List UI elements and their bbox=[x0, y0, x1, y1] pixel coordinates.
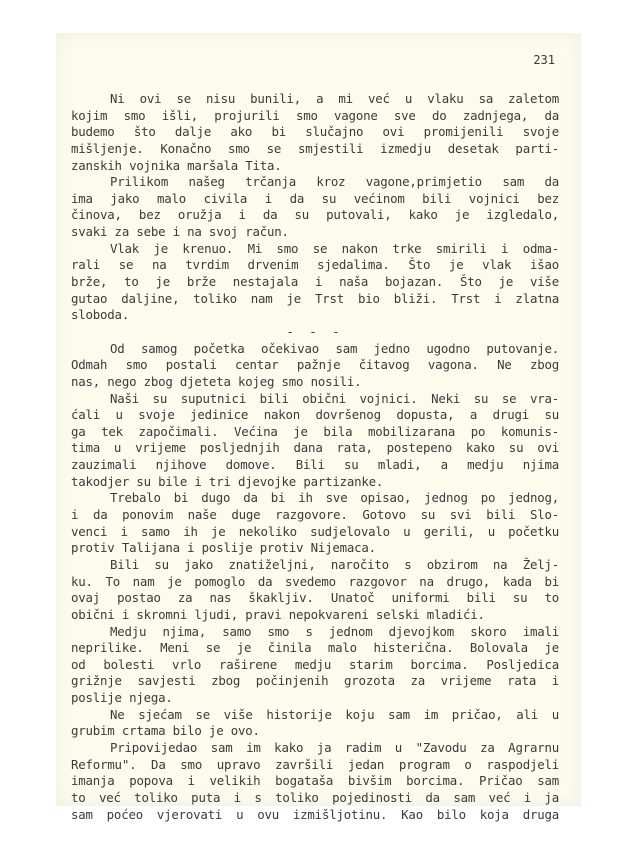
text-line: sam poćeo vjerovati u ovu izmišljotinu. … bbox=[71, 807, 559, 824]
text-line: Medju njima, samo smo s jednom djevojkom… bbox=[71, 624, 559, 641]
text-line-content: sam poćeo vjerovati u ovu izmišljotinu. … bbox=[71, 807, 559, 824]
text-line: Trebalo bi dugo da bi ih sve opisao, jed… bbox=[71, 490, 559, 507]
text-line-content: ima jako malo civila i da su većinom bil… bbox=[71, 191, 559, 208]
page-body-text: Ni ovi se nisu bunili, a mi već u vlaku … bbox=[71, 91, 559, 823]
text-line-content: Prilikom našeg trčanja kroz vagone,primj… bbox=[110, 174, 559, 191]
page-number: 231 bbox=[533, 53, 555, 67]
text-line-content: budemo što dalje ako bi slučajno ovi pro… bbox=[71, 124, 559, 141]
text-line-content: kojim smo išli, projurili smo vagone sve… bbox=[71, 108, 559, 125]
text-line: neprilike. Meni se je činila malo hister… bbox=[71, 640, 559, 657]
text-line: grubim crtama bilo je ovo. bbox=[71, 723, 559, 740]
text-line: Pripovijedao sam im kako ja radim u "Zav… bbox=[71, 740, 559, 757]
text-line: Odmah smo postali centar pažnje čitavog … bbox=[71, 357, 559, 374]
text-line: Ne sjećam se više historije koju sam im … bbox=[71, 707, 559, 724]
text-line: svaki za sebe i na svoj račun. bbox=[71, 224, 559, 241]
text-line-content: mišljenje. Konačno smo se smjestili izme… bbox=[71, 141, 559, 158]
text-line: imanja popova i velikih bogataša bivšim … bbox=[71, 773, 559, 790]
text-line: ima jako malo civila i da su većinom bil… bbox=[71, 191, 559, 208]
text-line-content: protiv Talijana i poslije protiv Nijemac… bbox=[71, 540, 559, 557]
text-line: mišljenje. Konačno smo se smjestili izme… bbox=[71, 141, 559, 158]
text-line: ovaj postao za nas škakljiv. Unatoč unif… bbox=[71, 590, 559, 607]
text-line-content: Naši su suputnici bili obični vojnici. N… bbox=[110, 391, 559, 408]
text-line-content: i da ponovim naše duge razgovore. Gotovo… bbox=[71, 507, 559, 524]
text-line-content: Medju njima, samo smo s jednom djevojkom… bbox=[110, 624, 559, 641]
text-line-content: Odmah smo postali centar pažnje čitavog … bbox=[71, 357, 559, 374]
text-line: Reformu". Da smo upravo završili jedan p… bbox=[71, 757, 559, 774]
text-line-content: ku. To nam je pomoglo da svedemo razgovo… bbox=[71, 574, 559, 591]
text-line-content: imanja popova i velikih bogataša bivšim … bbox=[71, 773, 559, 790]
text-line-content: to već toliko puta i s toliko pojedinost… bbox=[71, 790, 559, 807]
text-line-content: zauzimali njihove domove. Bili su mladi,… bbox=[71, 457, 559, 474]
text-line: Naši su suputnici bili obični vojnici. N… bbox=[71, 391, 559, 408]
text-line: Vlak je krenuo. Mi smo se nakon trke smi… bbox=[71, 241, 559, 258]
text-line: budemo što dalje ako bi slučajno ovi pro… bbox=[71, 124, 559, 141]
text-line-content: obični i skromni ljudi, pravi nepokvaren… bbox=[71, 607, 559, 624]
text-line-content: činova, bez oružja i da su putovali, kak… bbox=[71, 207, 559, 224]
text-line: činova, bez oružja i da su putovali, kak… bbox=[71, 207, 559, 224]
text-line: Ni ovi se nisu bunili, a mi već u vlaku … bbox=[71, 91, 559, 108]
text-line-content: Ni ovi se nisu bunili, a mi već u vlaku … bbox=[110, 91, 559, 108]
text-line-content: svaki za sebe i na svoj račun. bbox=[71, 224, 559, 241]
text-line-content: sloboda. bbox=[71, 307, 559, 324]
text-line-content: Ne sjećam se više historije koju sam im … bbox=[110, 707, 559, 724]
text-line-content: nas, nego zbog djeteta kojeg smo nosili. bbox=[71, 374, 559, 391]
text-line: gutao daljine, toliko nam je Trst bio bl… bbox=[71, 291, 559, 308]
text-line: tima u vrijeme posljednjih dana rata, po… bbox=[71, 440, 559, 457]
text-line-content: venci i samo ih je nekoliko sudjelovalo … bbox=[71, 524, 559, 541]
text-line-content: poslije njega. bbox=[71, 690, 559, 707]
text-line-content: tima u vrijeme posljednjih dana rata, po… bbox=[71, 440, 559, 457]
text-line-content: takodjer su bile i tri djevojke partizan… bbox=[71, 474, 559, 491]
text-line: sloboda. bbox=[71, 307, 559, 324]
text-line-content: ćali u svoje jedinice nakon dovršenog do… bbox=[71, 407, 559, 424]
text-line-content: zanskih vojnika maršala Tita. bbox=[71, 158, 559, 175]
text-line: takodjer su bile i tri djevojke partizan… bbox=[71, 474, 559, 491]
text-line-content: od bolesti vrlo raširene medju starim bo… bbox=[71, 657, 559, 674]
text-line: venci i samo ih je nekoliko sudjelovalo … bbox=[71, 524, 559, 541]
text-line: ku. To nam je pomoglo da svedemo razgovo… bbox=[71, 574, 559, 591]
text-line: ga tek započimali. Većina je bila mobili… bbox=[71, 424, 559, 441]
text-line: grižnje savjesti zbog počinjenih grozota… bbox=[71, 673, 559, 690]
section-divider: - - - bbox=[71, 324, 559, 341]
text-line: rali se na tvrdim drvenim sjedalima. Što… bbox=[71, 257, 559, 274]
text-line: Prilikom našeg trčanja kroz vagone,primj… bbox=[71, 174, 559, 191]
text-line: zanskih vojnika maršala Tita. bbox=[71, 158, 559, 175]
text-line-content: Reformu". Da smo upravo završili jedan p… bbox=[71, 757, 559, 774]
text-line: kojim smo išli, projurili smo vagone sve… bbox=[71, 108, 559, 125]
text-line-content: rali se na tvrdim drvenim sjedalima. Što… bbox=[71, 257, 559, 274]
text-line-content: Vlak je krenuo. Mi smo se nakon trke smi… bbox=[110, 241, 559, 258]
text-line: nas, nego zbog djeteta kojeg smo nosili. bbox=[71, 374, 559, 391]
text-line: Bili su jako znatiželjni, naročito s obz… bbox=[71, 557, 559, 574]
text-line-content: ga tek započimali. Većina je bila mobili… bbox=[71, 424, 559, 441]
text-line-content: Od samog početka očekivao sam jedno ugod… bbox=[110, 341, 559, 358]
text-line: obični i skromni ljudi, pravi nepokvaren… bbox=[71, 607, 559, 624]
text-line-content: neprilike. Meni se je činila malo hister… bbox=[71, 640, 559, 657]
text-line-content: - - - bbox=[71, 324, 559, 341]
text-line-content: grubim crtama bilo je ovo. bbox=[71, 723, 559, 740]
text-line: od bolesti vrlo raširene medju starim bo… bbox=[71, 657, 559, 674]
text-line-content: brže, to je brže nestajala i naša bojaza… bbox=[71, 274, 559, 291]
text-line-content: Trebalo bi dugo da bi ih sve opisao, jed… bbox=[110, 490, 559, 507]
book-page: 231 Ni ovi se nisu bunili, a mi već u vl… bbox=[56, 33, 581, 806]
text-line: poslije njega. bbox=[71, 690, 559, 707]
text-line: i da ponovim naše duge razgovore. Gotovo… bbox=[71, 507, 559, 524]
text-line: Od samog početka očekivao sam jedno ugod… bbox=[71, 341, 559, 358]
text-line: to već toliko puta i s toliko pojedinost… bbox=[71, 790, 559, 807]
text-line-content: ovaj postao za nas škakljiv. Unatoč unif… bbox=[71, 590, 559, 607]
text-line-content: Pripovijedao sam im kako ja radim u "Zav… bbox=[110, 740, 559, 757]
text-line: protiv Talijana i poslije protiv Nijemac… bbox=[71, 540, 559, 557]
text-line: ćali u svoje jedinice nakon dovršenog do… bbox=[71, 407, 559, 424]
text-line-content: grižnje savjesti zbog počinjenih grozota… bbox=[71, 673, 559, 690]
text-line-content: gutao daljine, toliko nam je Trst bio bl… bbox=[71, 291, 559, 308]
text-line: zauzimali njihove domove. Bili su mladi,… bbox=[71, 457, 559, 474]
text-line-content: Bili su jako znatiželjni, naročito s obz… bbox=[110, 557, 559, 574]
text-line: brže, to je brže nestajala i naša bojaza… bbox=[71, 274, 559, 291]
